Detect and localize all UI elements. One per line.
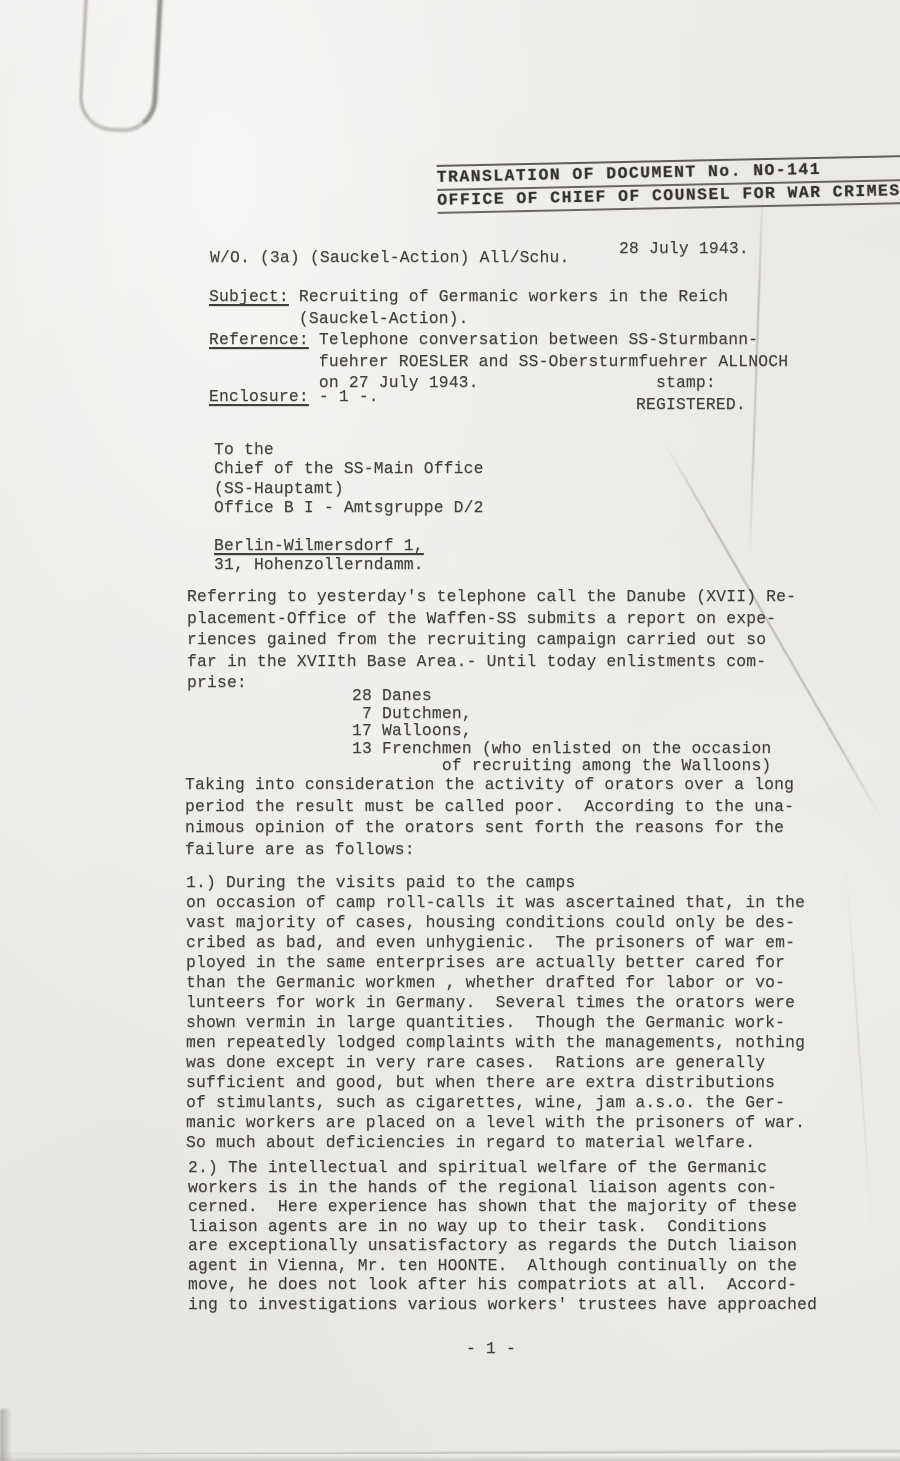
assessment-paragraph: Taking into consideration the activity o… [185, 774, 794, 860]
enclosure-label: Enclosure: [209, 386, 309, 408]
registered-stamp-note: stamp: REGISTERED. [636, 372, 746, 415]
point-1-paragraph: 1.) During the visits paid to the camps … [186, 873, 805, 1153]
recipient-city: Berlin-Wilmersdorf 1, [214, 536, 424, 555]
reference-label: Reference: [209, 329, 309, 351]
page-number: - 1 - [466, 1338, 516, 1360]
recipient-city-block: Berlin-Wilmersdorf 1, 31, Hohenzollernda… [214, 536, 424, 575]
enlistment-list: 28 Danes 7 Dutchmen, 17 Walloons, 13 Fre… [352, 687, 771, 775]
recipient-address: To the Chief of the SS-Main Office (SS-H… [214, 440, 484, 517]
document-date: 28 July 1943. [619, 238, 749, 260]
enclosure-row: Enclosure: - 1 -. [209, 386, 379, 408]
point-2-paragraph: 2.) The intellectual and spiritual welfa… [188, 1158, 817, 1314]
subject-row: Subject: Recruiting of Germanic workers … [209, 286, 728, 329]
subject-label: Subject: [209, 286, 289, 308]
subject-text: Recruiting of Germanic workers in the Re… [299, 286, 728, 329]
intro-paragraph: Referring to yesterday's telephone call … [187, 586, 796, 694]
typed-content: TRANSLATION OF DOCUMENT No. NO-141 OFFIC… [0, 0, 900, 1461]
file-reference: W/O. (3a) (Sauckel-Action) All/Schu. [210, 247, 570, 269]
scanned-document-page: TRANSLATION OF DOCUMENT No. NO-141 OFFIC… [0, 0, 900, 1461]
translation-stamp: TRANSLATION OF DOCUMENT No. NO-141 OFFIC… [437, 155, 900, 214]
recipient-street: 31, Hohenzollerndamm. [214, 555, 424, 574]
enclosure-text: - 1 -. [319, 386, 379, 408]
